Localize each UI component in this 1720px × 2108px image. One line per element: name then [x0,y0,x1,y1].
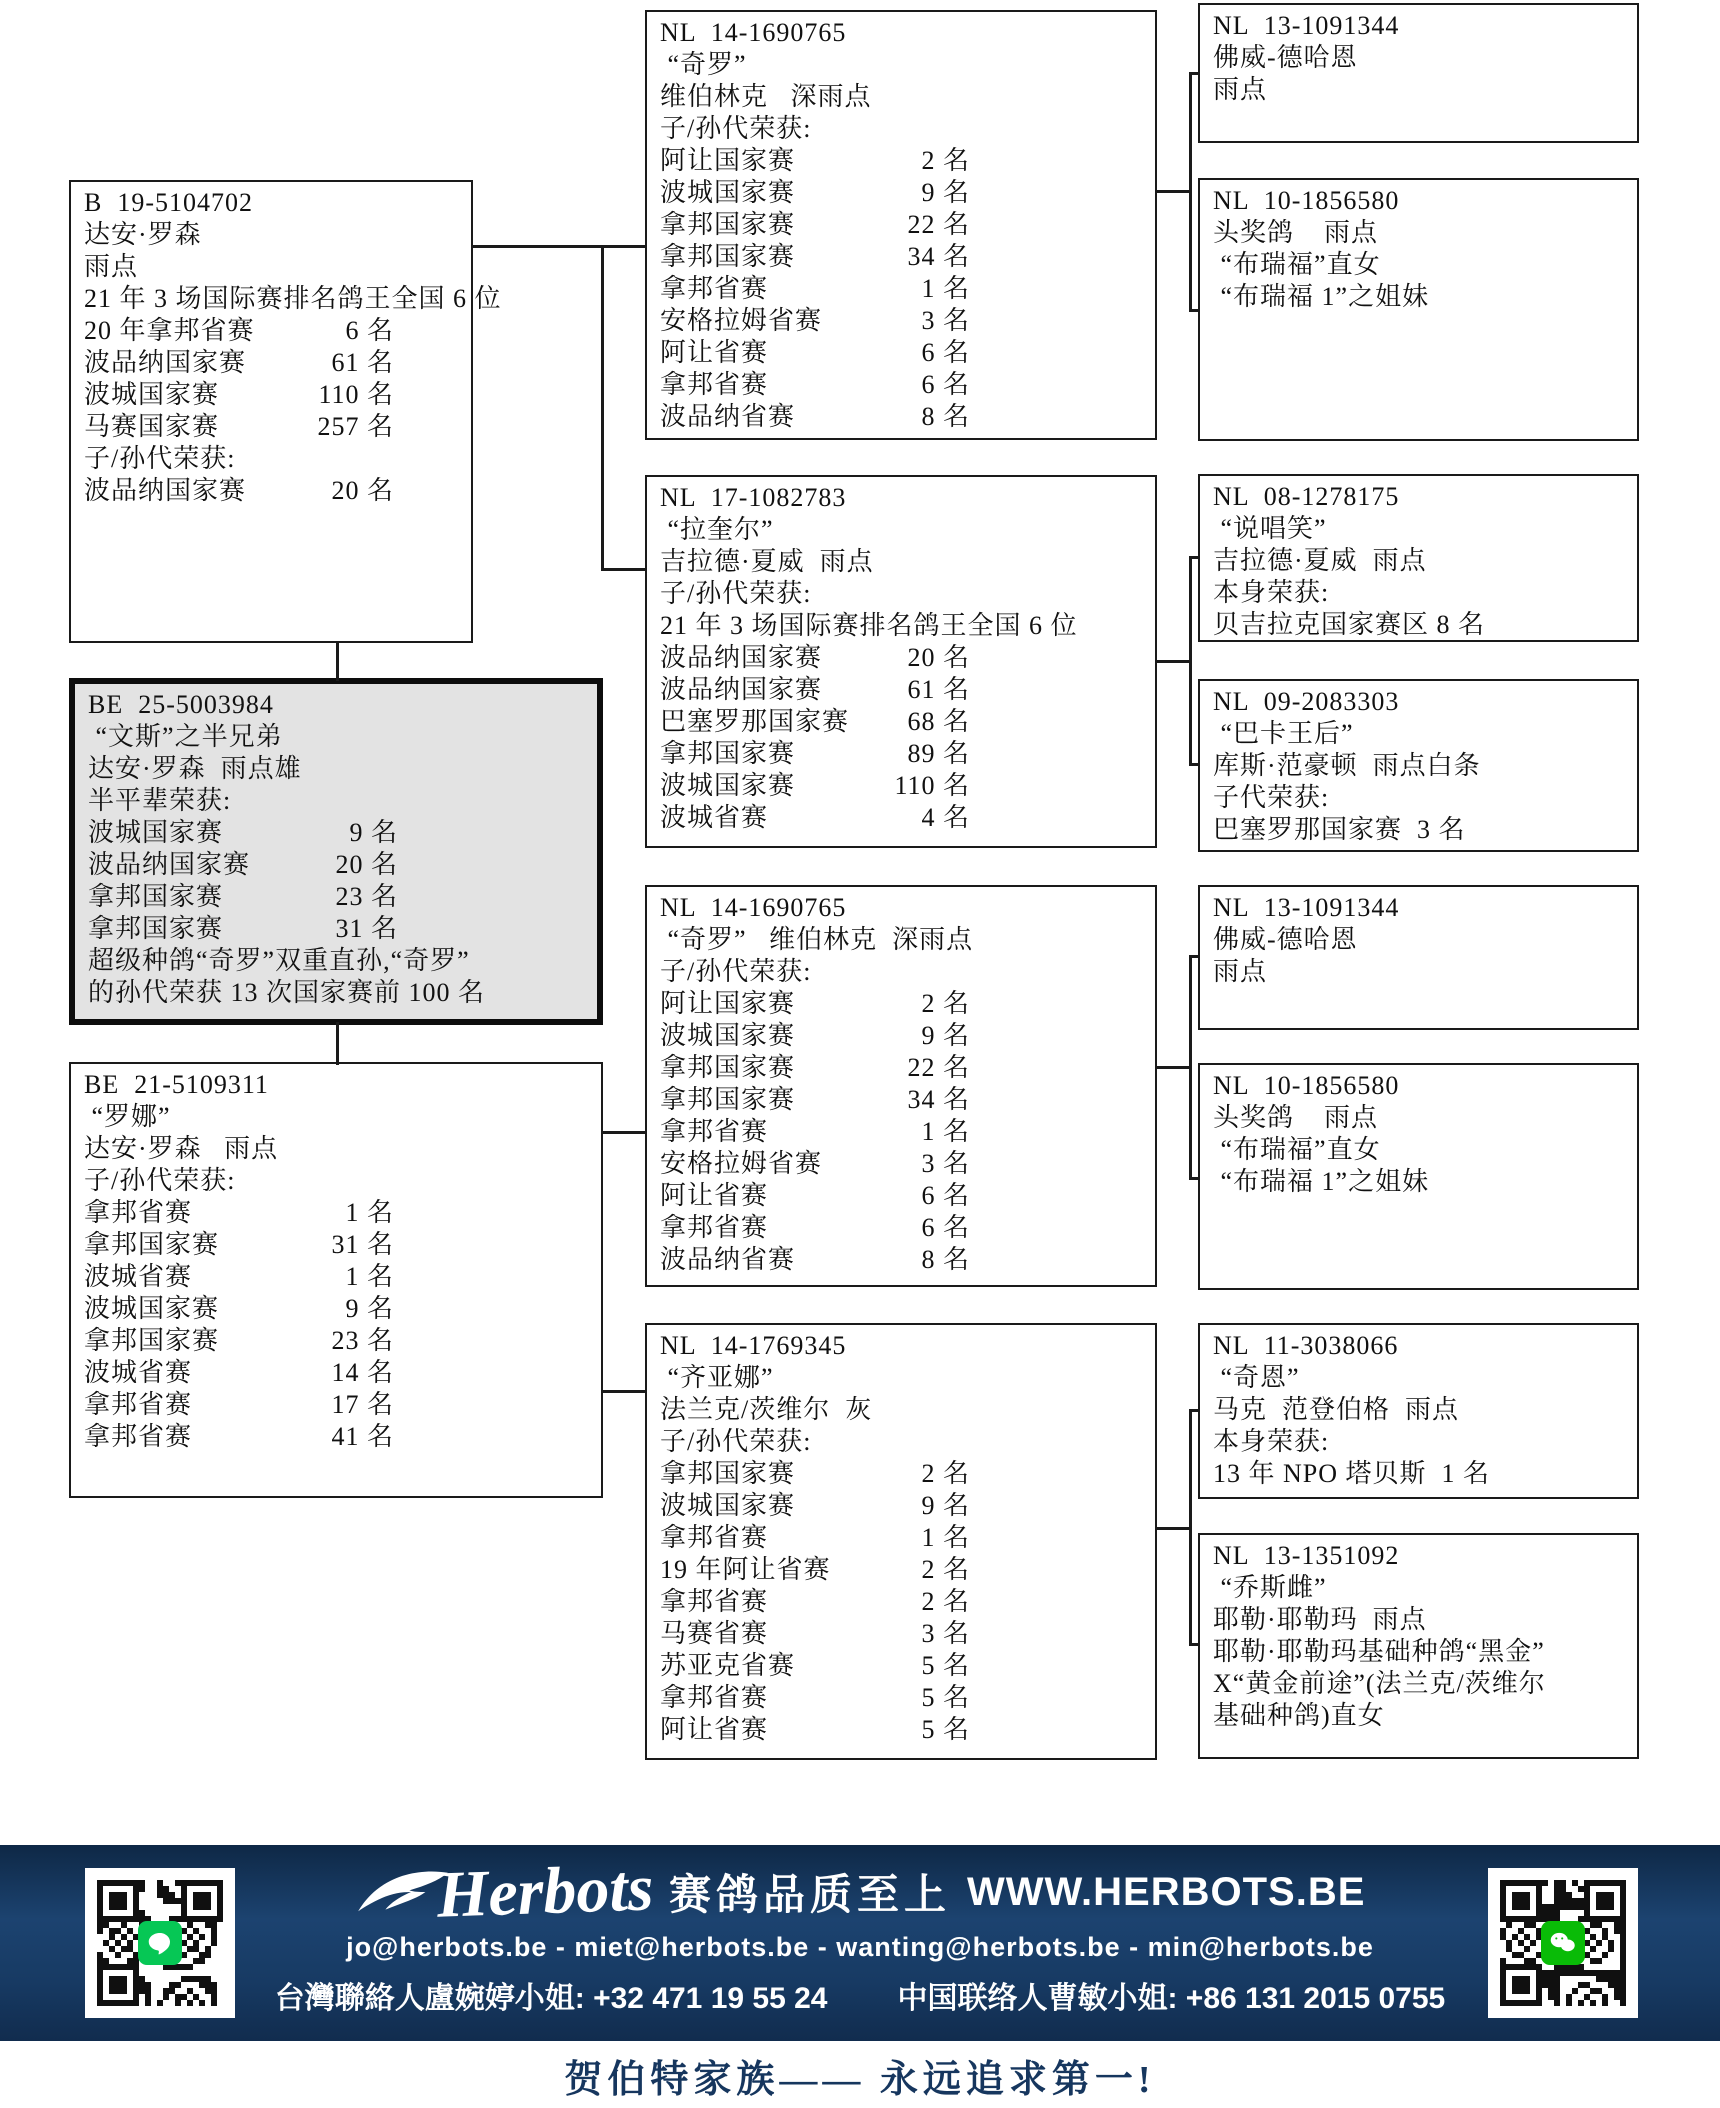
connector-line [1155,1527,1192,1530]
pedigree-box-ggparent-7: NL 11-3038066 “奇恩”马克 范登伯格 雨点本身荣获:13 年 NP… [1198,1323,1639,1499]
pedigree-line: 拿邦国家赛23 名 [84,1325,601,1357]
pedigree-line: 波城国家赛9 名 [88,817,597,849]
connector-line [601,1390,647,1393]
pedigree-line: 波城省赛14 名 [84,1357,601,1389]
pedigree-box-ggparent-2: NL 10-1856580头奖鸽 雨点 “布瑞福”直女 “布瑞福 1”之姐妹 [1198,178,1639,441]
wechat-glyph [1547,1927,1579,1959]
pedigree-line: 子/孙代荣获: [84,1165,601,1197]
connector-line [1189,1177,1200,1180]
pedigree-line: 拿邦国家赛22 名 [660,1052,1155,1084]
pedigree-line: 拿邦国家赛31 名 [88,913,597,945]
pedigree-line: 雨点 [84,251,471,283]
pedigree-box-granddam-2: NL 14-1769345 “齐亚娜”法兰克/茨维尔 灰子/孙代荣获:拿邦国家赛… [645,1323,1157,1760]
pedigree-line: BE 21-5109311 [84,1069,601,1101]
pedigree-line: 阿让国家赛2 名 [660,145,1155,177]
pedigree-line: 法兰克/茨维尔 灰 [660,1394,1155,1426]
pedigree-line: 波品纳国家赛20 名 [84,475,471,507]
pedigree-line: “奇罗” 维伯林克 深雨点 [660,924,1155,956]
pedigree-line: NL 13-1091344 [1213,10,1637,42]
pedigree-line: 本身荣获: [1213,1426,1637,1458]
connector-line [1155,1066,1192,1069]
pedigree-line: “罗娜” [84,1101,601,1133]
pedigree-box-grandsire-2: NL 14-1690765 “奇罗” 维伯林克 深雨点子/孙代荣获:阿让国家赛2… [645,885,1157,1287]
pedigree-line: 达安·罗森 [84,219,471,251]
pedigree-line: 波品纳国家赛20 名 [88,849,597,881]
pedigree-line: NL 11-3038066 [1213,1330,1637,1362]
pedigree-line: “乔斯雌” [1213,1572,1637,1604]
pedigree-line: 子代荣获: [1213,782,1637,814]
connector-line [601,245,604,571]
pedigree-box-ggparent-4: NL 09-2083303 “巴卡王后”库斯·范豪顿 雨点白条子代荣获:巴塞罗那… [1198,679,1639,852]
pedigree-line: 13 年 NPO 塔贝斯 1 名 [1213,1458,1637,1490]
pedigree-line: “奇罗” [660,49,1155,81]
pedigree-line: NL 10-1856580 [1213,185,1637,217]
pedigree-line: 拿邦国家赛23 名 [88,881,597,913]
connector-line [1189,72,1200,75]
pedigree-line: 达安·罗森 雨点 [84,1133,601,1165]
pedigree-line: 阿让国家赛2 名 [660,988,1155,1020]
pedigree-line: 安格拉姆省赛3 名 [660,305,1155,337]
connector-line [601,568,647,571]
pedigree-box-ggparent-6: NL 10-1856580头奖鸽 雨点 “布瑞福”直女 “布瑞福 1”之姐妹 [1198,1063,1639,1290]
connector-line [1189,309,1200,312]
wechat-icon [1541,1921,1585,1965]
pedigree-line: “奇恩” [1213,1362,1637,1394]
pedigree-line: 佛威-德哈恩 [1213,42,1637,74]
pedigree-line: 波品纳国家赛61 名 [84,347,471,379]
connector-line [1189,763,1200,766]
pedigree-line: 阿让省赛5 名 [660,1714,1155,1746]
pedigree-line: 拿邦省赛1 名 [84,1197,601,1229]
pedigree-line: X“黄金前途”(法兰克/茨维尔 [1213,1668,1637,1700]
pedigree-line: 马克 范登伯格 雨点 [1213,1394,1637,1426]
pedigree-line: 的孙代荣获 13 次国家赛前 100 名 [88,977,597,1009]
pedigree-line: 20 年拿邦省赛6 名 [84,315,471,347]
brand-website: WWW.HERBOTS.BE [967,1870,1365,1915]
pedigree-line: NL 10-1856580 [1213,1070,1637,1102]
pedigree-line: 佛威-德哈恩 [1213,924,1637,956]
pedigree-line: “齐亚娜” [660,1362,1155,1394]
footer-tagline: 贺伯特家族—— 永远追求第一! [0,2048,1720,2103]
pedigree-line: 阿让省赛6 名 [660,337,1155,369]
brand-slogan: 赛鸽品质至上 [669,1862,951,1922]
pedigree-line: 波城国家赛110 名 [660,770,1155,802]
pedigree-line: NL 14-1690765 [660,17,1155,49]
pedigree-line: 拿邦国家赛31 名 [84,1229,601,1261]
pedigree-line: 巴塞罗那国家赛 3 名 [1213,814,1637,846]
connector-line [1189,1409,1192,1646]
pedigree-line: 21 年 3 场国际赛排名鸽王全国 6 位 [84,283,471,315]
pedigree-line: “说唱笑” [1213,513,1637,545]
connector-line [471,245,647,248]
pedigree-line: 半平辈荣获: [88,785,597,817]
pedigree-box-dam: BE 21-5109311 “罗娜”达安·罗森 雨点子/孙代荣获:拿邦省赛1 名… [69,1062,603,1498]
pedigree-line: 波城国家赛9 名 [660,1020,1155,1052]
pedigree-line: 吉拉德·夏威 雨点 [1213,545,1637,577]
pedigree-line: 19 年阿让省赛2 名 [660,1554,1155,1586]
pedigree-box-grandsire-1: NL 14-1690765 “奇罗”维伯林克 深雨点子/孙代荣获:阿让国家赛2 … [645,10,1157,440]
connector-line [1189,556,1200,559]
pedigree-line: 拿邦省赛1 名 [660,1522,1155,1554]
chat-bubble-glyph [145,1928,175,1958]
connector-line [1189,72,1192,312]
pedigree-line: 波城省赛1 名 [84,1261,601,1293]
pedigree-line: 拿邦省赛1 名 [660,1116,1155,1148]
pedigree-line: 子/孙代荣获: [660,1426,1155,1458]
line-qr-code [85,1868,235,2018]
pedigree-line: 耶勒·耶勒玛 雨点 [1213,1604,1637,1636]
pedigree-line: 波品纳省赛8 名 [660,401,1155,433]
pedigree-line: NL 14-1769345 [660,1330,1155,1362]
connector-line [601,1131,647,1134]
connector-line [1155,660,1192,663]
contact-china: 中国联络人曹敏小姐: +86 131 2015 0755 [897,1973,1445,2017]
pedigree-line: 波城省赛4 名 [660,802,1155,834]
pedigree-box-granddam-1: NL 17-1082783 “拉奎尔”吉拉德·夏威 雨点子/孙代荣获:21 年 … [645,475,1157,848]
pedigree-line: 维伯林克 深雨点 [660,81,1155,113]
pedigree-line: 拿邦国家赛34 名 [660,241,1155,273]
connector-line [1155,190,1192,193]
pedigree-line: 达安·罗森 雨点雄 [88,753,597,785]
footer-emails: jo@herbots.be - miet@herbots.be - wantin… [270,1932,1450,1963]
pedigree-line: 波品纳国家赛20 名 [660,642,1155,674]
pedigree-line: 波城国家赛9 名 [84,1293,601,1325]
pedigree-box-ggparent-3: NL 08-1278175 “说唱笑”吉拉德·夏威 雨点本身荣获:贝吉拉克国家赛… [1198,474,1639,642]
pedigree-line: 吉拉德·夏威 雨点 [660,546,1155,578]
pedigree-line: “布瑞福”直女 [1213,249,1637,281]
pedigree-line: 头奖鸽 雨点 [1213,217,1637,249]
pedigree-line: NL 14-1690765 [660,892,1155,924]
pedigree-line: NL 13-1091344 [1213,892,1637,924]
pedigree-line: 阿让省赛6 名 [660,1180,1155,1212]
pedigree-line: 超级种鸽“奇罗”双重直孙,“奇罗” [88,945,597,977]
pedigree-box-subject: BE 25-5003984 “文斯”之半兄弟达安·罗森 雨点雄半平辈荣获:波城国… [69,678,603,1025]
pedigree-box-ggparent-1: NL 13-1091344佛威-德哈恩雨点 [1198,3,1639,143]
pedigree-line: B 19-5104702 [84,187,471,219]
contact-taiwan: 台灣聯絡人盧婉婷小姐: +32 471 19 55 24 [275,1973,828,2017]
connector-line [336,641,339,681]
connector-line [1189,1409,1200,1412]
pedigree-line: 子/孙代荣获: [84,443,471,475]
pedigree-line: “拉奎尔” [660,514,1155,546]
pedigree-line: 基础种鸽)直女 [1213,1700,1637,1732]
pedigree-line: 马赛省赛3 名 [660,1618,1155,1650]
pedigree-line: 贝吉拉克国家赛区 8 名 [1213,609,1637,641]
pedigree-line: NL 17-1082783 [660,482,1155,514]
pedigree-line: 波城国家赛9 名 [660,1490,1155,1522]
pedigree-box-ggparent-8: NL 13-1351092 “乔斯雌”耶勒·耶勒玛 雨点耶勒·耶勒玛基础种鸽“黑… [1198,1533,1639,1759]
pedigree-line: 拿邦国家赛2 名 [660,1458,1155,1490]
pedigree-line: 安格拉姆省赛3 名 [660,1148,1155,1180]
pedigree-line: 拿邦省赛41 名 [84,1421,601,1453]
wechat-qr-code [1488,1868,1638,2018]
pedigree-page: B 19-5104702达安·罗森雨点21 年 3 场国际赛排名鸽王全国 6 位… [0,0,1720,2108]
pedigree-box-ggparent-5: NL 13-1091344佛威-德哈恩雨点 [1198,885,1639,1030]
pedigree-line: 子/孙代荣获: [660,956,1155,988]
herbots-logo: Herbots [355,1854,653,1930]
pedigree-line: 马赛国家赛257 名 [84,411,471,443]
pedigree-line: 雨点 [1213,956,1637,988]
connector-line [1189,955,1200,958]
pedigree-line: 拿邦省赛17 名 [84,1389,601,1421]
pedigree-line: 雨点 [1213,74,1637,106]
line-icon [138,1921,182,1965]
pedigree-line: 子/孙代荣获: [660,578,1155,610]
pedigree-line: 波城国家赛9 名 [660,177,1155,209]
pedigree-line: 拿邦省赛1 名 [660,273,1155,305]
pedigree-line: 波品纳省赛8 名 [660,1244,1155,1276]
pedigree-line: “布瑞福 1”之姐妹 [1213,1166,1637,1198]
pedigree-line: 本身荣获: [1213,577,1637,609]
pedigree-box-sire: B 19-5104702达安·罗森雨点21 年 3 场国际赛排名鸽王全国 6 位… [69,180,473,643]
pedigree-line: NL 09-2083303 [1213,686,1637,718]
connector-line [336,1022,339,1065]
connector-line [1189,955,1192,1180]
connector-line [1189,1643,1200,1646]
pedigree-line: “巴卡王后” [1213,718,1637,750]
pedigree-line: 拿邦国家赛34 名 [660,1084,1155,1116]
pedigree-line: “布瑞福 1”之姐妹 [1213,281,1637,313]
pedigree-line: 子/孙代荣获: [660,113,1155,145]
pedigree-line: “文斯”之半兄弟 [88,721,597,753]
pedigree-line: 拿邦省赛2 名 [660,1586,1155,1618]
pedigree-line: NL 08-1278175 [1213,481,1637,513]
pedigree-line: 苏亚克省赛5 名 [660,1650,1155,1682]
pedigree-line: NL 13-1351092 [1213,1540,1637,1572]
brand-name: Herbots [435,1850,654,1934]
pedigree-line: 头奖鸽 雨点 [1213,1102,1637,1134]
pedigree-line: 拿邦省赛6 名 [660,1212,1155,1244]
pedigree-line: 巴塞罗那国家赛68 名 [660,706,1155,738]
pedigree-line: 波品纳国家赛61 名 [660,674,1155,706]
pedigree-line: 库斯·范豪顿 雨点白条 [1213,750,1637,782]
pedigree-line: “布瑞福”直女 [1213,1134,1637,1166]
pedigree-line: 拿邦国家赛89 名 [660,738,1155,770]
footer-content: Herbots 赛鸽品质至上 WWW.HERBOTS.BE jo@herbots… [270,1856,1450,2017]
pedigree-line: 耶勒·耶勒玛基础种鸽“黑金” [1213,1636,1637,1668]
pedigree-line: 拿邦国家赛22 名 [660,209,1155,241]
pedigree-line: 拿邦省赛5 名 [660,1682,1155,1714]
pedigree-line: BE 25-5003984 [88,689,597,721]
pedigree-line: 波城国家赛110 名 [84,379,471,411]
pedigree-line: 21 年 3 场国际赛排名鸽王全国 6 位 [660,610,1155,642]
pedigree-line: 拿邦省赛6 名 [660,369,1155,401]
connector-line [1189,556,1192,766]
